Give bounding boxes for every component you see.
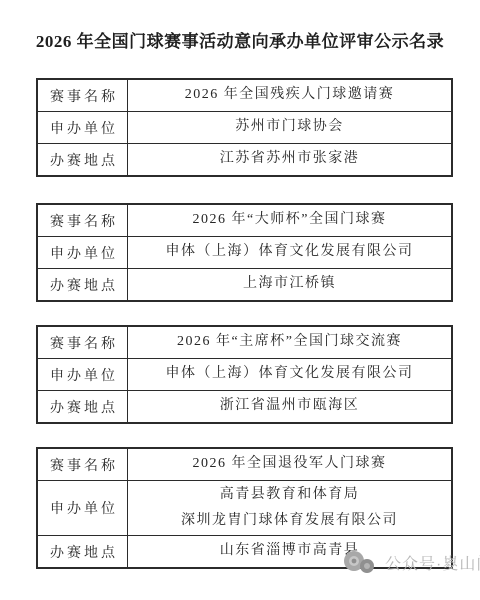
- official-account-logo-icon: [342, 549, 380, 575]
- table-row: 申办单位 申体（上海）体育文化发展有限公司: [38, 236, 451, 268]
- row-label-applicant: 申办单位: [38, 237, 128, 268]
- applicant-value: 苏州市门球协会: [128, 112, 451, 143]
- applicant-line-2: 深圳龙胄门球体育发展有限公司: [181, 513, 398, 529]
- applicant-value: 高青县教育和体育局 深圳龙胄门球体育发展有限公司: [128, 481, 451, 535]
- event-table-1: 赛事名称 2026 年全国残疾人门球邀请赛 申办单位 苏州市门球协会 办赛地点 …: [36, 78, 453, 177]
- table-row: 申办单位 高青县教育和体育局 深圳龙胄门球体育发展有限公司: [38, 480, 451, 535]
- row-label-applicant: 申办单位: [38, 359, 128, 390]
- event-name-value: 2026 年“大师杯”全国门球赛: [128, 205, 451, 236]
- event-name-value: 2026 年“主席杯”全国门球交流赛: [128, 327, 451, 358]
- watermark-text: 公众号·嵏山门: [385, 551, 480, 574]
- table-row: 赛事名称 2026 年“大师杯”全国门球赛: [38, 205, 451, 236]
- row-label-event-name: 赛事名称: [38, 80, 128, 111]
- event-table-2: 赛事名称 2026 年“大师杯”全国门球赛 申办单位 申体（上海）体育文化发展有…: [36, 203, 453, 302]
- page-title: 2026 年全国门球赛事活动意向承办单位评审公示名录: [0, 27, 480, 52]
- event-table-3: 赛事名称 2026 年“主席杯”全国门球交流赛 申办单位 申体（上海）体育文化发…: [36, 325, 453, 424]
- row-label-location: 办赛地点: [38, 269, 128, 300]
- location-value: 江苏省苏州市张家港: [128, 144, 451, 175]
- applicant-value: 申体（上海）体育文化发展有限公司: [128, 237, 451, 268]
- location-value: 浙江省温州市瓯海区: [128, 391, 451, 422]
- table-row: 办赛地点 江苏省苏州市张家港: [38, 143, 451, 175]
- row-label-event-name: 赛事名称: [38, 449, 128, 480]
- table-row: 申办单位 苏州市门球协会: [38, 111, 451, 143]
- row-label-applicant: 申办单位: [38, 481, 128, 535]
- table-row: 申办单位 申体（上海）体育文化发展有限公司: [38, 358, 451, 390]
- row-label-location: 办赛地点: [38, 536, 128, 567]
- row-label-applicant: 申办单位: [38, 112, 128, 143]
- table-row: 办赛地点 浙江省温州市瓯海区: [38, 390, 451, 422]
- event-name-value: 2026 年全国残疾人门球邀请赛: [128, 80, 451, 111]
- event-name-value: 2026 年全国退役军人门球赛: [128, 449, 451, 480]
- table-row: 赛事名称 2026 年“主席杯”全国门球交流赛: [38, 327, 451, 358]
- table-row: 赛事名称 2026 年全国退役军人门球赛: [38, 449, 451, 480]
- row-label-event-name: 赛事名称: [38, 205, 128, 236]
- row-label-location: 办赛地点: [38, 144, 128, 175]
- applicant-line-1: 高青县教育和体育局: [220, 487, 360, 503]
- table-row: 赛事名称 2026 年全国残疾人门球邀请赛: [38, 80, 451, 111]
- row-label-location: 办赛地点: [38, 391, 128, 422]
- row-label-event-name: 赛事名称: [38, 327, 128, 358]
- announcement-document: 2026 年全国门球赛事活动意向承办单位评审公示名录 赛事名称 2026 年全国…: [0, 0, 480, 600]
- applicant-value: 申体（上海）体育文化发展有限公司: [128, 359, 451, 390]
- table-row: 办赛地点 上海市江桥镇: [38, 268, 451, 300]
- location-value: 上海市江桥镇: [128, 269, 451, 300]
- watermark: 公众号·嵏山门: [342, 549, 480, 575]
